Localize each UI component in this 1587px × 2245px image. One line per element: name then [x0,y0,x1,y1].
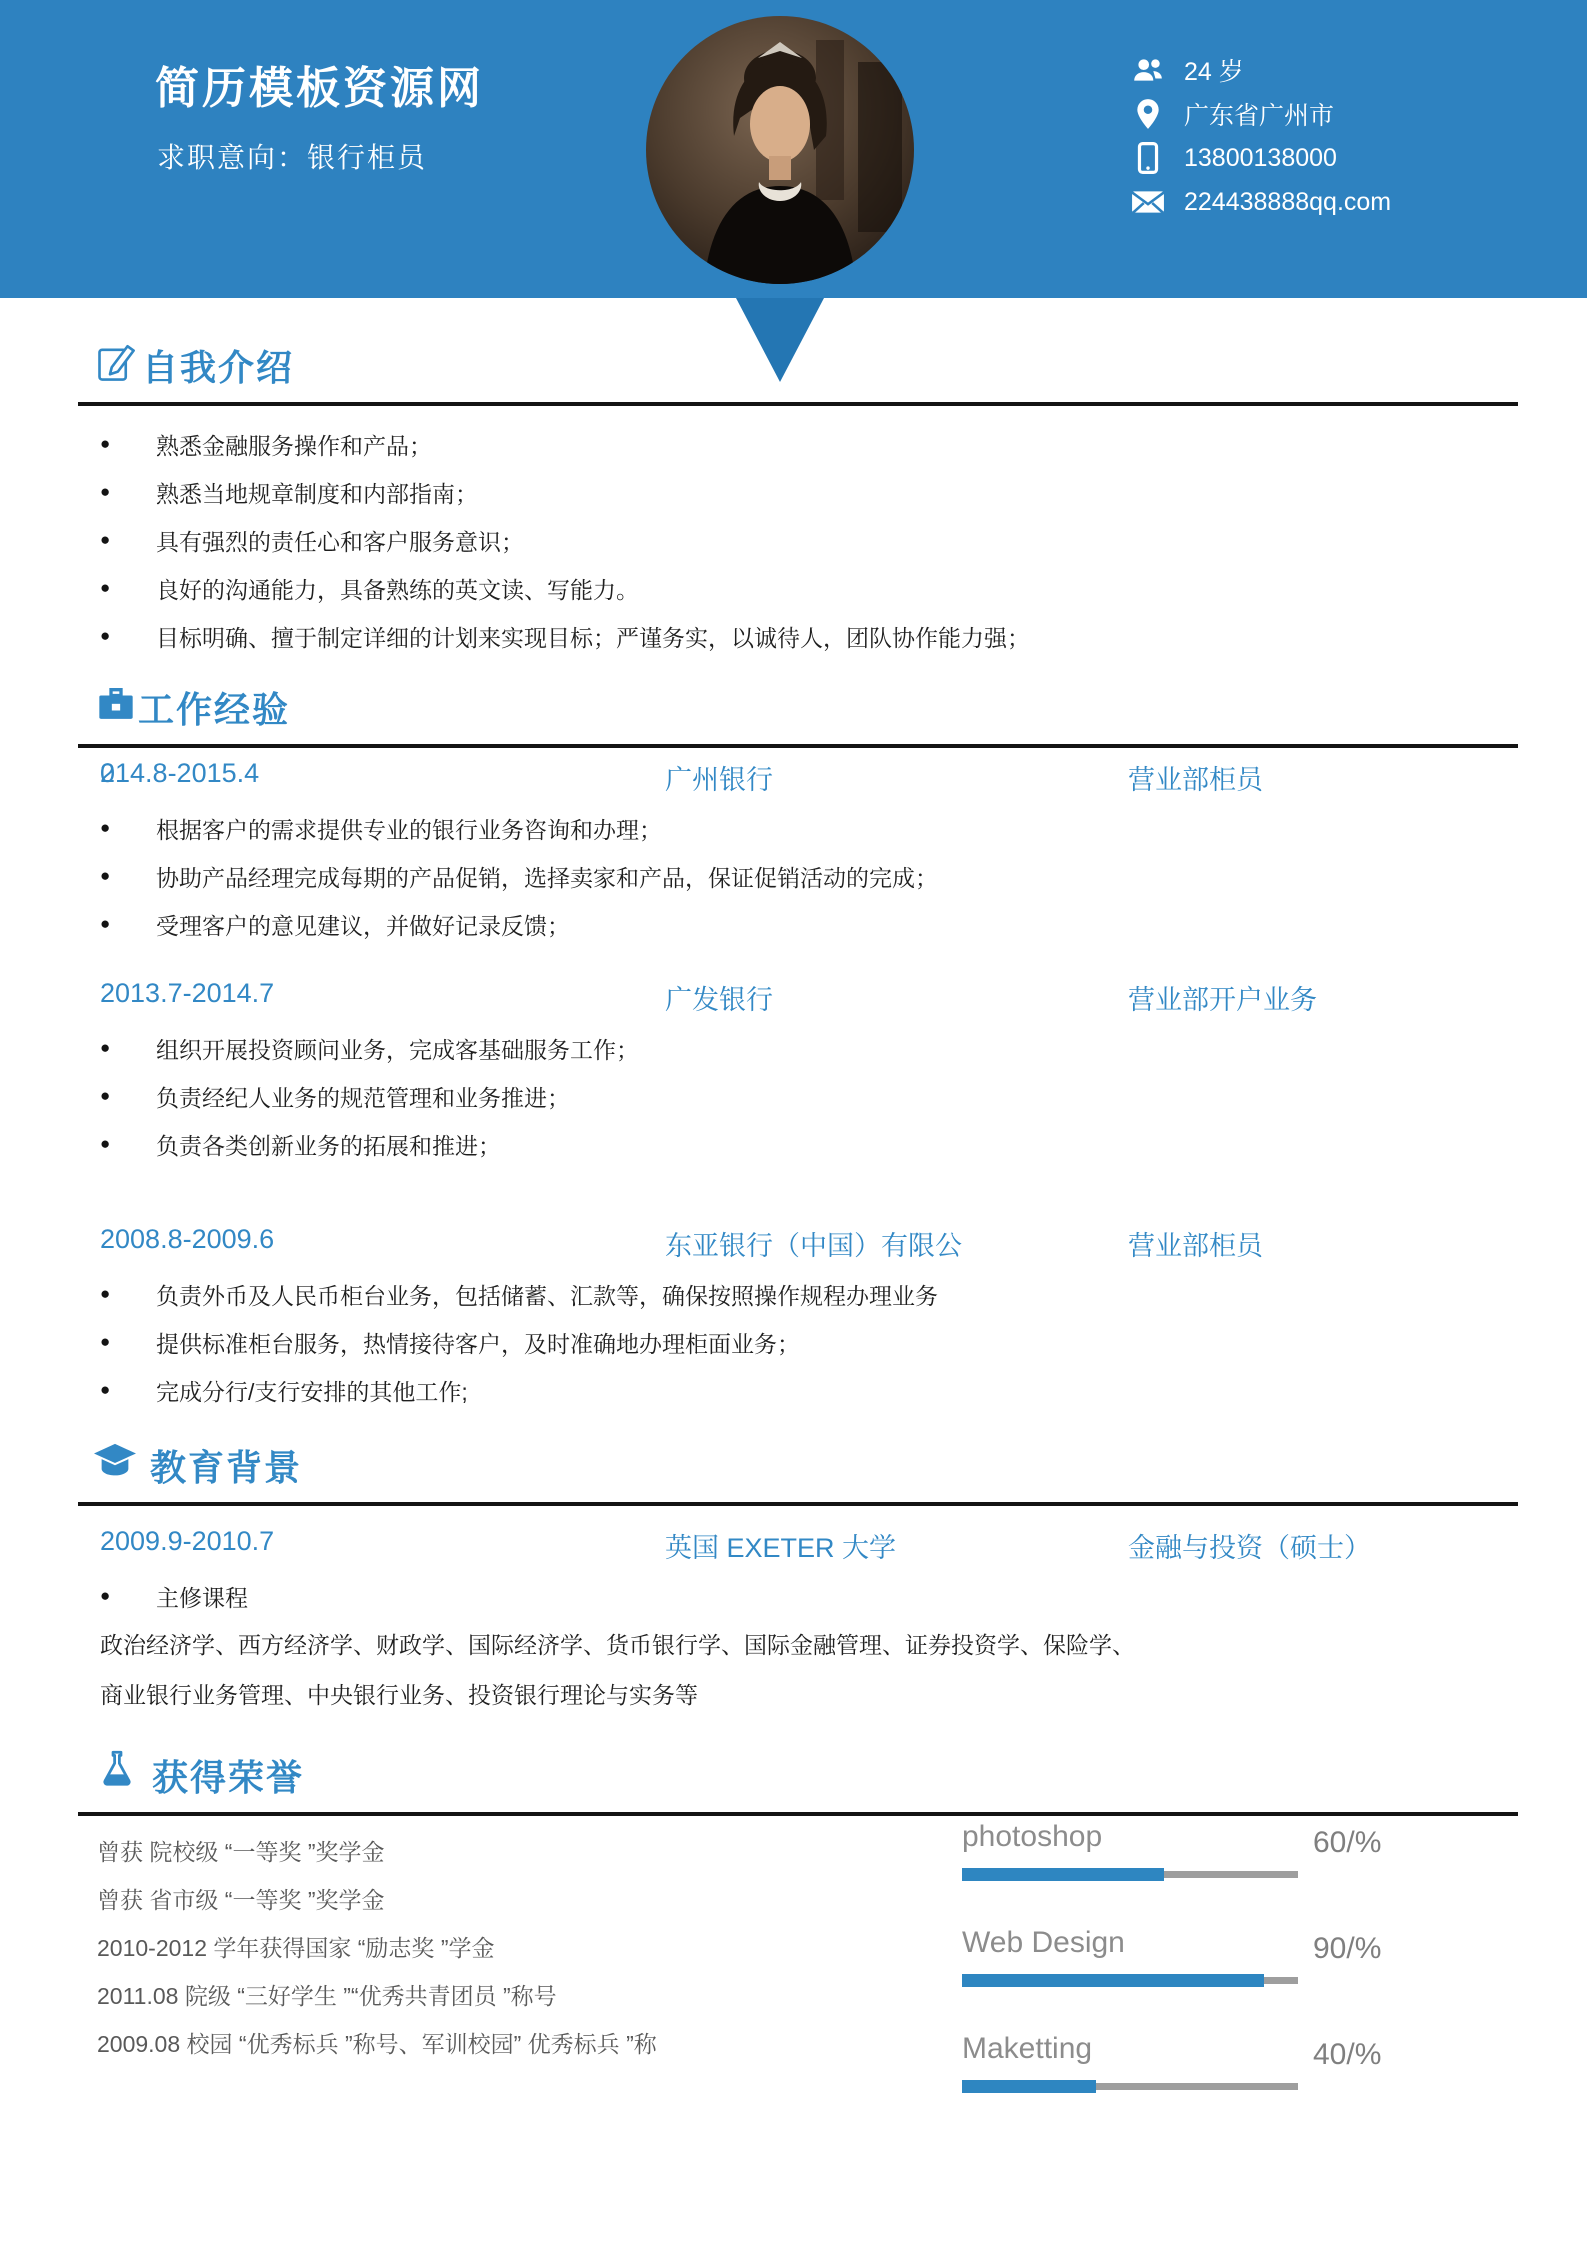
honors-list: 曾获 院校级 “一等奖 ”奖学金 曾获 省市级 “一等奖 ”奖学金 2010-2… [97,1828,737,2080]
work-entry-header: 2008.8-2009.6 东亚银行（中国）有限公 营业部柜员 [0,1224,1587,1264]
list-item: ●组织开展投资顾问业务，完成客基础服务工作； [100,1024,1500,1072]
skill-row: Web Design 90/% [962,1926,1442,2006]
skill-bar-fill [962,1868,1164,1881]
list-item: ●负责各类创新业务的拓展和推进； [100,1120,1500,1168]
work-entry-header: 2013.7-2014.7 广发银行 营业部开户业务 [0,978,1587,1018]
section-title-intro: 自我介绍 [142,340,294,391]
bullet-dot-icon: ● [100,1380,156,1400]
skill-name: Web Design [962,1926,1125,1960]
bullet-dot-icon: ● [100,434,156,454]
bullet-dot-icon: ● [100,866,156,886]
contact-text: 224438888qq.com [1184,188,1391,217]
section-title-honors: 获得荣誉 [152,1750,304,1801]
skill-percent: 90/% [1313,1932,1381,1966]
work-entry-company: 广州银行 [665,758,773,797]
list-item: ●熟悉金融服务操作和产品； [100,420,1500,468]
honor-line: 曾获 院校级 “一等奖 ”奖学金 [97,1828,737,1876]
work-entry-bullets: ●根据客户的需求提供专业的银行业务咨询和办理； ●协助产品经理完成每期的产品促销… [100,804,1500,948]
grad-cap-icon [92,1442,138,1489]
intro-bullet-list: ●熟悉金融服务操作和产品； ●熟悉当地规章制度和内部指南； ●具有强烈的责任心和… [100,420,1500,660]
list-item: ●负责经纪人业务的规范管理和业务推进； [100,1072,1500,1120]
contact-row-age: 24 岁 [1128,48,1391,92]
education-bullets: ●主修课程 [100,1572,1500,1620]
list-item: ●完成分行/支行安排的其他工作; [100,1366,1500,1414]
education-school: 英国 EXETER 大学 [665,1526,896,1565]
contact-text: 广东省广州市 [1184,96,1334,132]
section-rule [78,402,1518,406]
page-title: 简历模板资源网 [155,52,484,116]
course-line: 政治经济学、西方经济学、财政学、国际经济学、货币银行学、国际金融管理、证券投资学… [100,1620,1510,1670]
list-item: ●熟悉当地规章制度和内部指南； [100,468,1500,516]
location-icon [1128,98,1168,130]
list-item: ●负责外币及人民币柜台业务，包括储蓄、汇款等，确保按照操作规程办理业务 [100,1270,1500,1318]
skill-name: Maketting [962,2032,1092,2066]
work-entry-role: 营业部柜员 [1128,1224,1263,1263]
work-entry-role: 营业部开户业务 [1128,978,1317,1017]
contact-text: 13800138000 [1184,144,1337,173]
work-entry-company: 广发银行 [665,978,773,1017]
job-intention: 求职意向：银行柜员 [157,136,427,176]
people-icon [1128,57,1168,83]
briefcase-icon [96,682,136,729]
skill-percent: 40/% [1313,2038,1381,2072]
bullet-dot-icon: ● [100,1134,156,1154]
work-entry-date: 2013.7-2014.7 [100,978,274,1009]
bullet-dot-icon: ● [100,1586,156,1606]
list-item: ●提供标准柜台服务，热情接待客户，及时准确地办理柜面业务； [100,1318,1500,1366]
contact-row-email: 224438888qq.com [1128,180,1391,224]
work-entry-bullets: ●组织开展投资顾问业务，完成客基础服务工作； ●负责经纪人业务的规范管理和业务推… [100,1024,1500,1168]
email-icon [1128,190,1168,214]
skill-name: photoshop [962,1820,1102,1854]
list-item: ●主修课程 [100,1572,1500,1620]
contact-text: 24 岁 [1184,52,1244,88]
skill-percent: 60/% [1313,1826,1381,1860]
skill-row: photoshop 60/% [962,1820,1442,1900]
list-item: ●具有强烈的责任心和客户服务意识； [100,516,1500,564]
contact-row-phone: 13800138000 [1128,136,1391,180]
list-item: ●目标明确、擅于制定详细的计划来实现目标；严谨务实，以诚待人，团队协作能力强； [100,612,1500,660]
education-entry-header: 2009.9-2010.7 英国 EXETER 大学 金融与投资（硕士） [0,1526,1587,1566]
skill-row: Maketting 40/% [962,2032,1442,2112]
bullet-dot-icon: ● [100,578,156,598]
bullet-dot-icon: ● [100,1086,156,1106]
work-entry-company: 东亚银行（中国）有限公 [665,1224,962,1263]
work-entry-header: 2014.8-2015.4 广州银行 营业部柜员 [0,758,1587,798]
bullet-dot-icon: ● [100,914,156,934]
resume-page: 简历模板资源网 求职意向：银行柜员 24 [0,0,1587,2245]
contact-row-location: 广东省广州市 [1128,92,1391,136]
section-rule [78,1812,1518,1816]
education-date: 2009.9-2010.7 [100,1526,274,1557]
avatar-placeholder [646,16,914,284]
bullet-dot-icon: ● [100,1332,156,1352]
course-line: 商业银行业务管理、中央银行业务、投资银行理论与实务等 [100,1670,1510,1720]
flask-icon [98,1748,136,1801]
pencil-icon [96,338,138,391]
section-rule [78,744,1518,748]
bullet-dot-icon: ● [100,530,156,550]
skill-bar-fill [962,2080,1096,2093]
honor-line: 2010-2012 学年获得国家 “励志奖 ”学金 [97,1924,737,1972]
phone-icon [1128,142,1168,174]
honor-line: 2011.08 院级 “三好学生 ”“优秀共青团员 ”称号 [97,1972,737,2020]
bullet-dot-icon: ● [100,818,156,838]
work-entry-bullets: ●负责外币及人民币柜台业务，包括储蓄、汇款等，确保按照操作规程办理业务 ●提供标… [100,1270,1500,1414]
contact-info: 24 岁 广东省广州市 13800138000 224438888qq.com [1128,48,1391,224]
list-item: ●良好的沟通能力，具备熟练的英文读、写能力。 [100,564,1500,612]
header-pointer [736,298,824,382]
work-entry-date: 2008.8-2009.6 [100,1224,274,1255]
section-rule [78,1502,1518,1506]
honor-line: 2009.08 校园 “优秀标兵 ”称号、军训校园” 优秀标兵 ”称 [97,2020,737,2068]
section-title-work: 工作经验 [138,682,290,733]
course-lines: 政治经济学、西方经济学、财政学、国际经济学、货币银行学、国际金融管理、证券投资学… [100,1620,1510,1720]
education-major: 金融与投资（硕士） [1128,1526,1371,1565]
honor-line: 号” [97,2068,737,2080]
section-title-education: 教育背景 [150,1440,302,1491]
list-item: ●根据客户的需求提供专业的银行业务咨询和办理； [100,804,1500,852]
honor-line: 曾获 省市级 “一等奖 ”奖学金 [97,1876,737,1924]
bullet-dot-icon: ● [100,482,156,502]
bullet-dot-icon: ● [100,626,156,646]
work-entry-role: 营业部柜员 [1128,758,1263,797]
bullet-dot-icon: ● [100,1038,156,1058]
bullet-dot-icon: ● [100,1284,156,1304]
list-item: ●协助产品经理完成每期的产品促销，选择卖家和产品，保证促销活动的完成； [100,852,1500,900]
avatar [646,16,914,284]
list-item: ●受理客户的意见建议，并做好记录反馈； [100,900,1500,948]
skill-bar-fill [962,1974,1264,1987]
